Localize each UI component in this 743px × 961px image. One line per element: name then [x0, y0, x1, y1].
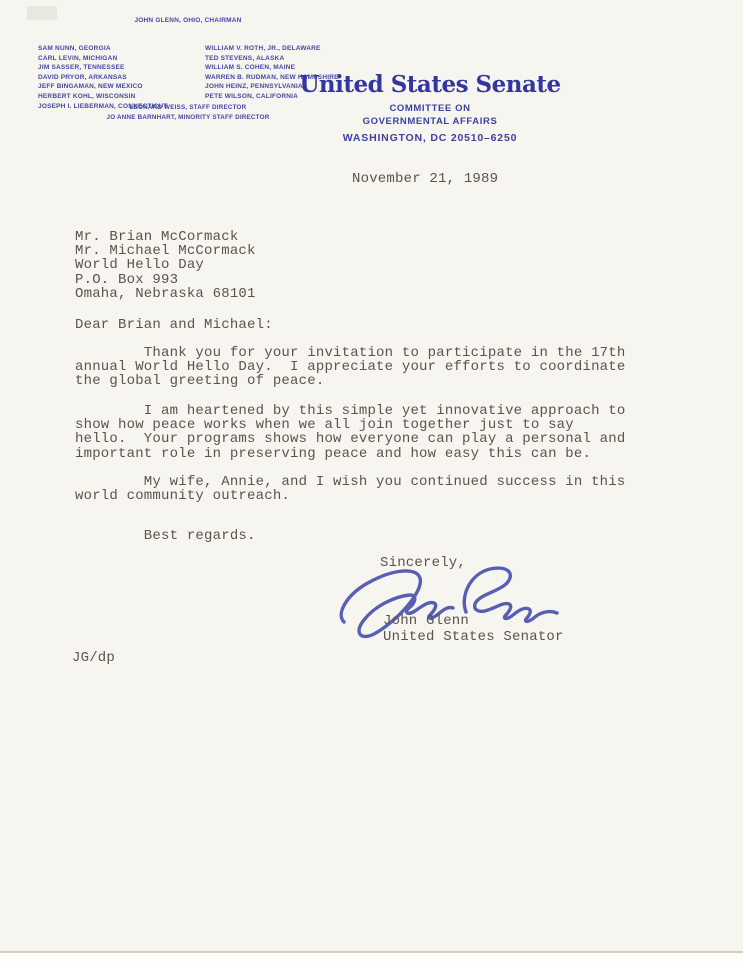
body-paragraph-1: Thank you for your invitation to partici… — [75, 346, 626, 389]
chairman-line: JOHN GLENN, OHIO, CHAIRMAN — [38, 17, 338, 24]
signature-typed-block: John Glenn United States Senator — [383, 614, 564, 645]
scan-margin — [0, 953, 743, 961]
committee-member: SAM NUNN, GEORGIA — [38, 44, 198, 54]
committee-member: TED STEVENS, ALASKA — [205, 54, 365, 64]
recipient-address-block: Mr. Brian McCormack Mr. Michael McCormac… — [75, 230, 256, 301]
committee-member: CARL LEVIN, MICHIGAN — [38, 54, 198, 64]
senate-masthead: United States Senate — [290, 71, 570, 98]
letterhead-address: WASHINGTON, DC 20510–6250 — [290, 132, 570, 144]
salutation: Dear Brian and Michael: — [75, 318, 273, 332]
reference-initials: JG/dp — [72, 651, 115, 665]
committee-member: WILLIAM V. ROTH, JR., DELAWARE — [205, 44, 365, 54]
letter-page: JOHN GLENN, OHIO, CHAIRMAN SAM NUNN, GEO… — [0, 0, 743, 961]
body-paragraph-2: I am heartened by this simple yet innova… — [75, 404, 626, 461]
closing-line: Best regards. — [75, 529, 256, 543]
letter-date: November 21, 1989 — [352, 172, 498, 186]
committee-name: COMMITTEE ON GOVERNMENTAL AFFAIRS — [290, 103, 570, 128]
committee-member: JEFF BINGAMAN, NEW MEXICO — [38, 82, 198, 92]
committee-member: HERBERT KOHL, WISCONSIN — [38, 92, 198, 102]
committee-members-left: SAM NUNN, GEORGIA CARL LEVIN, MICHIGAN J… — [38, 44, 198, 111]
committee-member: DAVID PRYOR, ARKANSAS — [38, 73, 198, 83]
body-paragraph-3: My wife, Annie, and I wish you continued… — [75, 475, 626, 503]
committee-member: JIM SASSER, TENNESSEE — [38, 63, 198, 73]
